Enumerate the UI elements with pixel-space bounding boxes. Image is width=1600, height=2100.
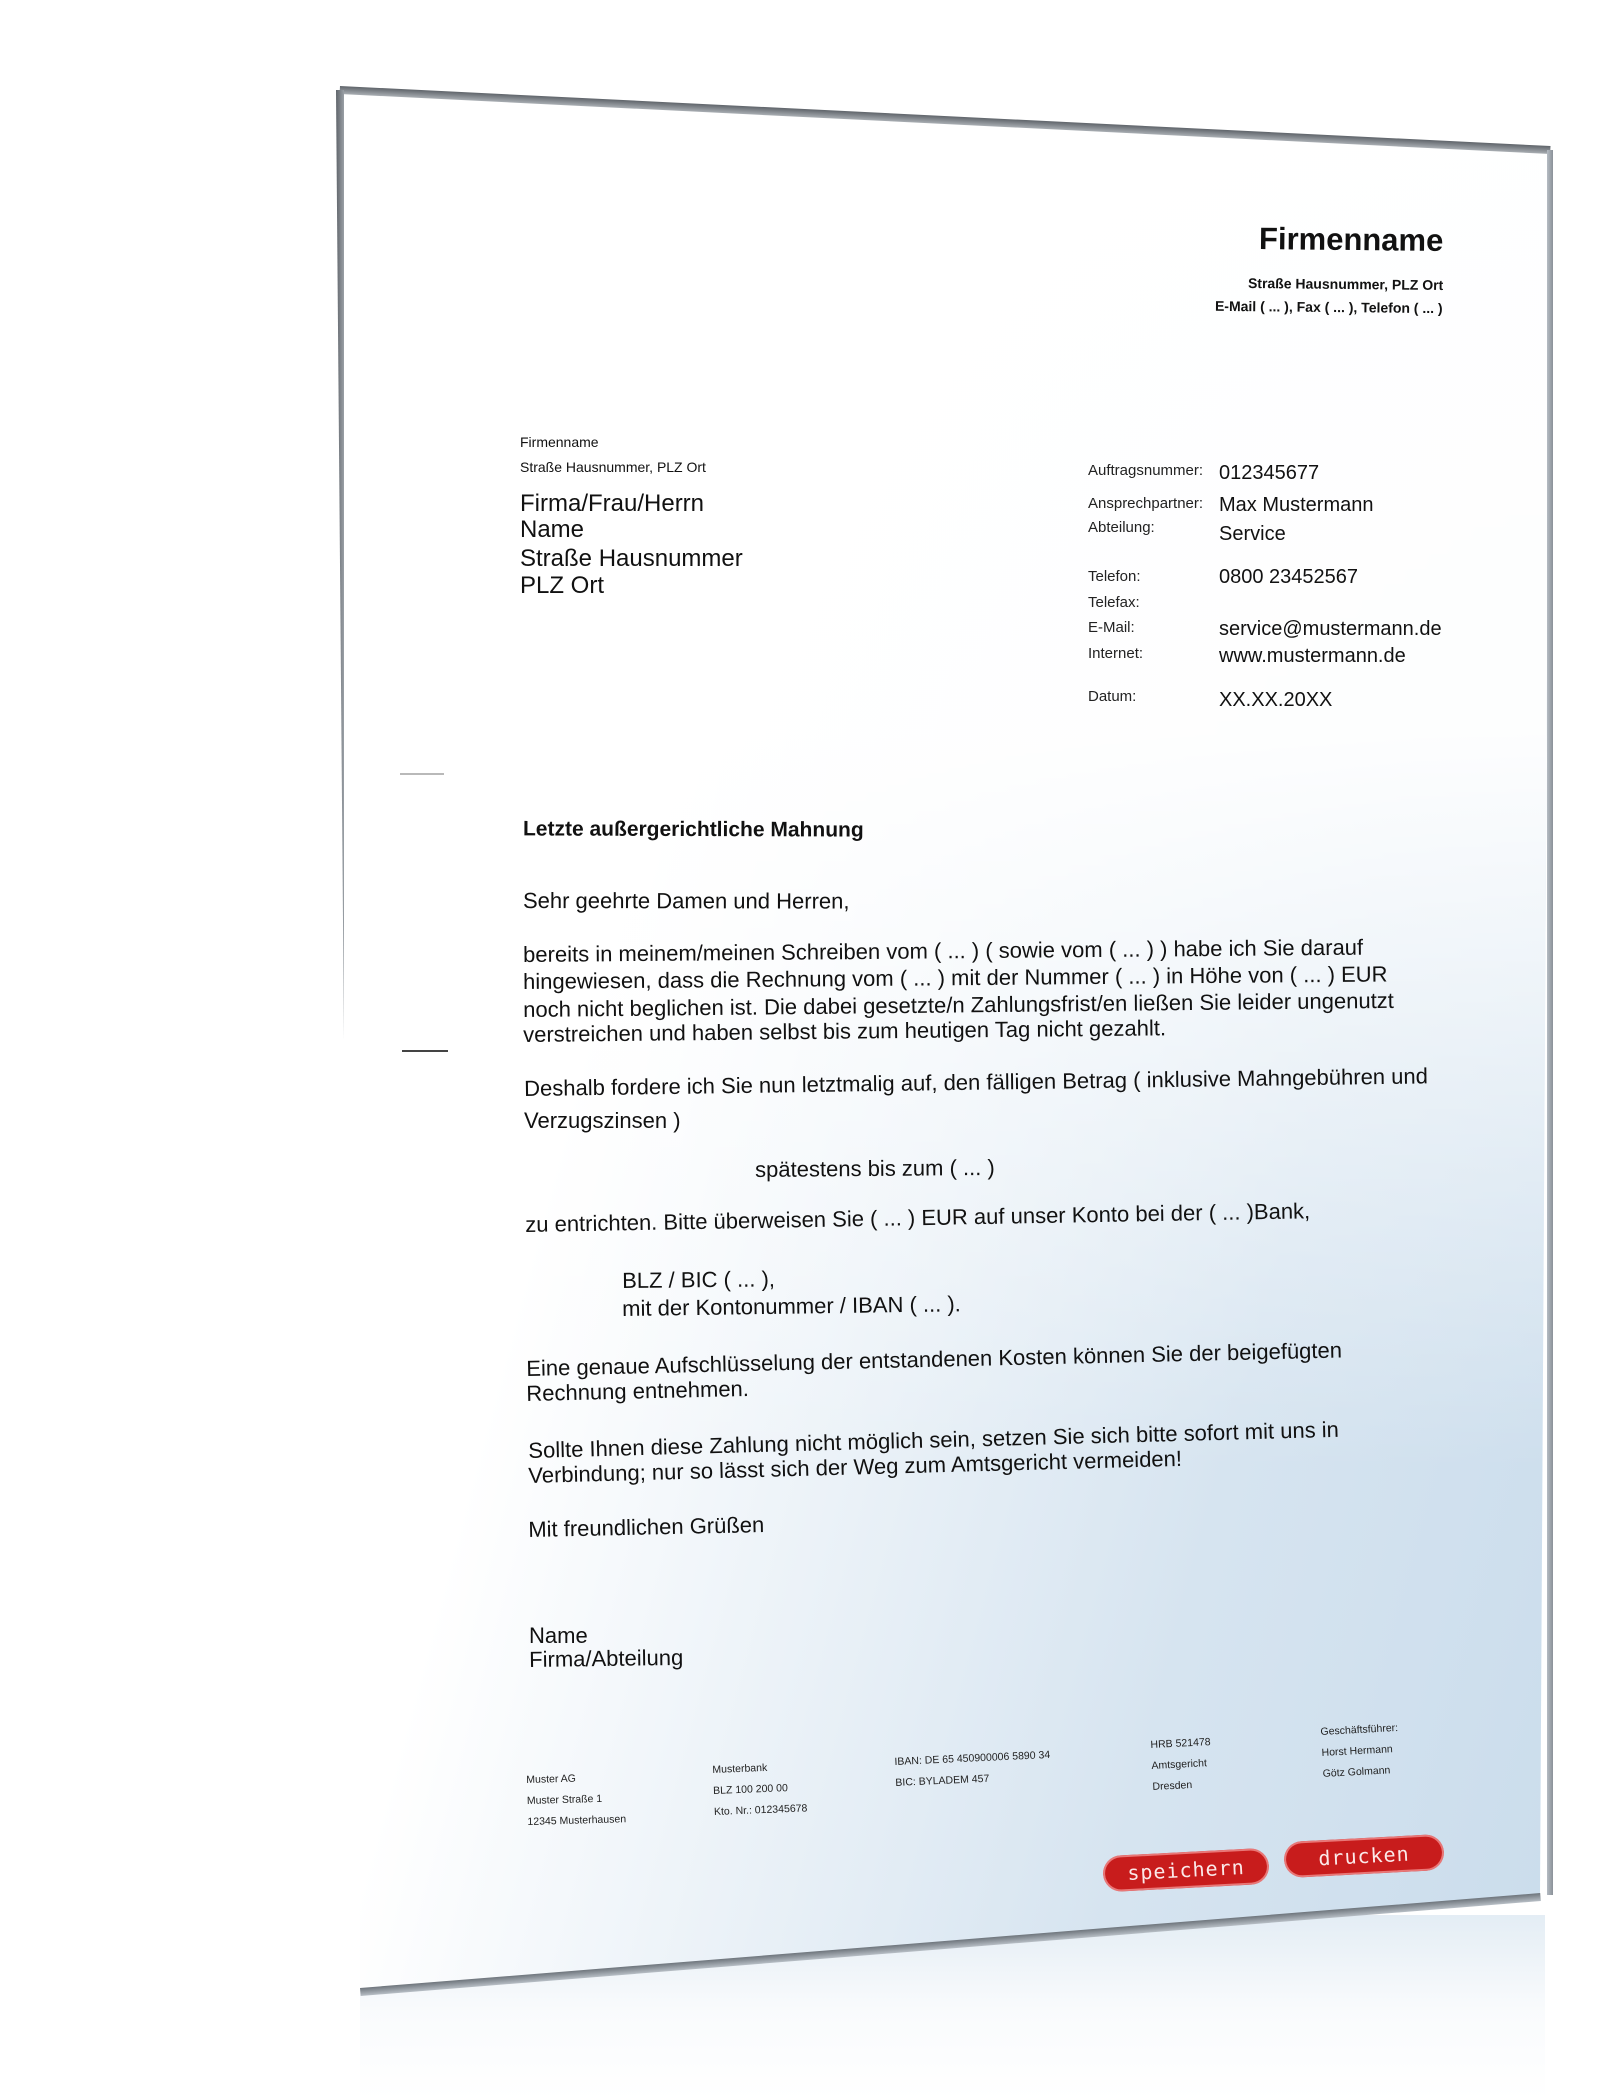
info-value-order-number: 012345677 [1219, 462, 1319, 485]
info-label-email: E-Mail: [1088, 619, 1135, 636]
info-label-contact-person: Ansprechpartner: [1088, 495, 1203, 512]
paragraph-2-line: Deshalb fordere ich Sie nun letztmalig a… [524, 1062, 1428, 1102]
footer-manager-2: Götz Golmann [1322, 1760, 1401, 1785]
letterhead-contact: E-Mail ( ... ), Fax ( ... ), Telefon ( .… [1215, 298, 1443, 316]
info-value-department: Service [1219, 523, 1286, 546]
sender-company: Firmenname [520, 434, 599, 450]
footer-court-city: Dresden [1152, 1774, 1213, 1798]
footer-hrb: HRB 521478 [1150, 1732, 1211, 1756]
footer-company-street: Muster Straße 1 [527, 1788, 626, 1812]
info-label-department: Abteilung: [1088, 519, 1155, 536]
paragraph-4-line: Eine genaue Aufschlüsselung der entstand… [526, 1336, 1342, 1382]
info-label-fax: Telefax: [1088, 594, 1140, 611]
footer-management-column: Geschäftsführer: Horst Hermann Götz Golm… [1320, 1718, 1401, 1785]
footer-court: Amtsgericht [1151, 1753, 1212, 1777]
info-value-date: XX.XX.20XX [1219, 689, 1332, 712]
save-button[interactable]: speichern [1102, 1848, 1270, 1893]
print-button[interactable]: drucken [1283, 1834, 1445, 1878]
info-value-internet: www.mustermann.de [1219, 645, 1406, 668]
info-value-phone: 0800 23452567 [1219, 566, 1358, 589]
info-value-email: service@mustermann.de [1219, 618, 1442, 641]
footer-company-column: Muster AG Muster Straße 1 12345 Musterha… [526, 1767, 626, 1833]
recipient-line: Straße Hausnummer [520, 545, 743, 572]
info-label-phone: Telefon: [1088, 568, 1141, 585]
paragraph-2-line: Verzugszinsen ) [524, 1107, 681, 1134]
recipient-line: Name [520, 516, 584, 543]
bank-line: BLZ / BIC ( ... ), [622, 1265, 775, 1294]
payment-deadline: spätestens bis zum ( ... ) [755, 1154, 995, 1183]
footer-bank-column: Musterbank BLZ 100 200 00 Kto. Nr.: 0123… [712, 1756, 808, 1823]
fold-mark [400, 773, 444, 775]
punch-mark [402, 1050, 448, 1052]
signature-department: Firma/Abteilung [529, 1644, 683, 1673]
bank-line: mit der Kontonummer / IBAN ( ... ). [622, 1290, 961, 1322]
letter-closing: Mit freundlichen Grüßen [528, 1511, 765, 1543]
footer-iban-column: IBAN: DE 65 450900006 5890 34 BIC: BYLAD… [894, 1745, 1052, 1794]
letter-salutation: Sehr geehrte Damen und Herren, [523, 887, 850, 915]
recipient-line: PLZ Ort [520, 572, 604, 599]
letterhead-company-name: Firmenname [1258, 221, 1443, 259]
recipient-line: Firma/Frau/Herrn [520, 490, 704, 517]
info-label-date: Datum: [1088, 688, 1136, 705]
info-value-contact-person: Max Mustermann [1219, 494, 1374, 517]
footer-account-number: Kto. Nr.: 012345678 [714, 1798, 808, 1823]
footer-company-name: Muster AG [526, 1767, 625, 1791]
footer-registry-column: HRB 521478 Amtsgericht Dresden [1150, 1732, 1213, 1798]
info-label-internet: Internet: [1088, 645, 1143, 662]
paragraph-4-line: Rechnung entnehmen. [526, 1375, 749, 1407]
page-content: Firmenname Straße Hausnummer, PLZ Ort E-… [0, 0, 1600, 2100]
sender-address: Straße Hausnummer, PLZ Ort [520, 459, 706, 475]
paragraph-1-line: verstreichen und haben selbst bis zum he… [523, 1014, 1166, 1048]
paragraph-3: zu entrichten. Bitte überweisen Sie ( ..… [525, 1197, 1310, 1238]
letter-subject: Letzte außergerichtliche Mahnung [523, 817, 864, 842]
document-page: Firmenname Straße Hausnummer, PLZ Ort E-… [0, 0, 1600, 2100]
info-label-order-number: Auftragsnummer: [1088, 462, 1203, 479]
footer-company-city: 12345 Musterhausen [527, 1809, 626, 1833]
letterhead-address: Straße Hausnummer, PLZ Ort [1248, 275, 1443, 293]
